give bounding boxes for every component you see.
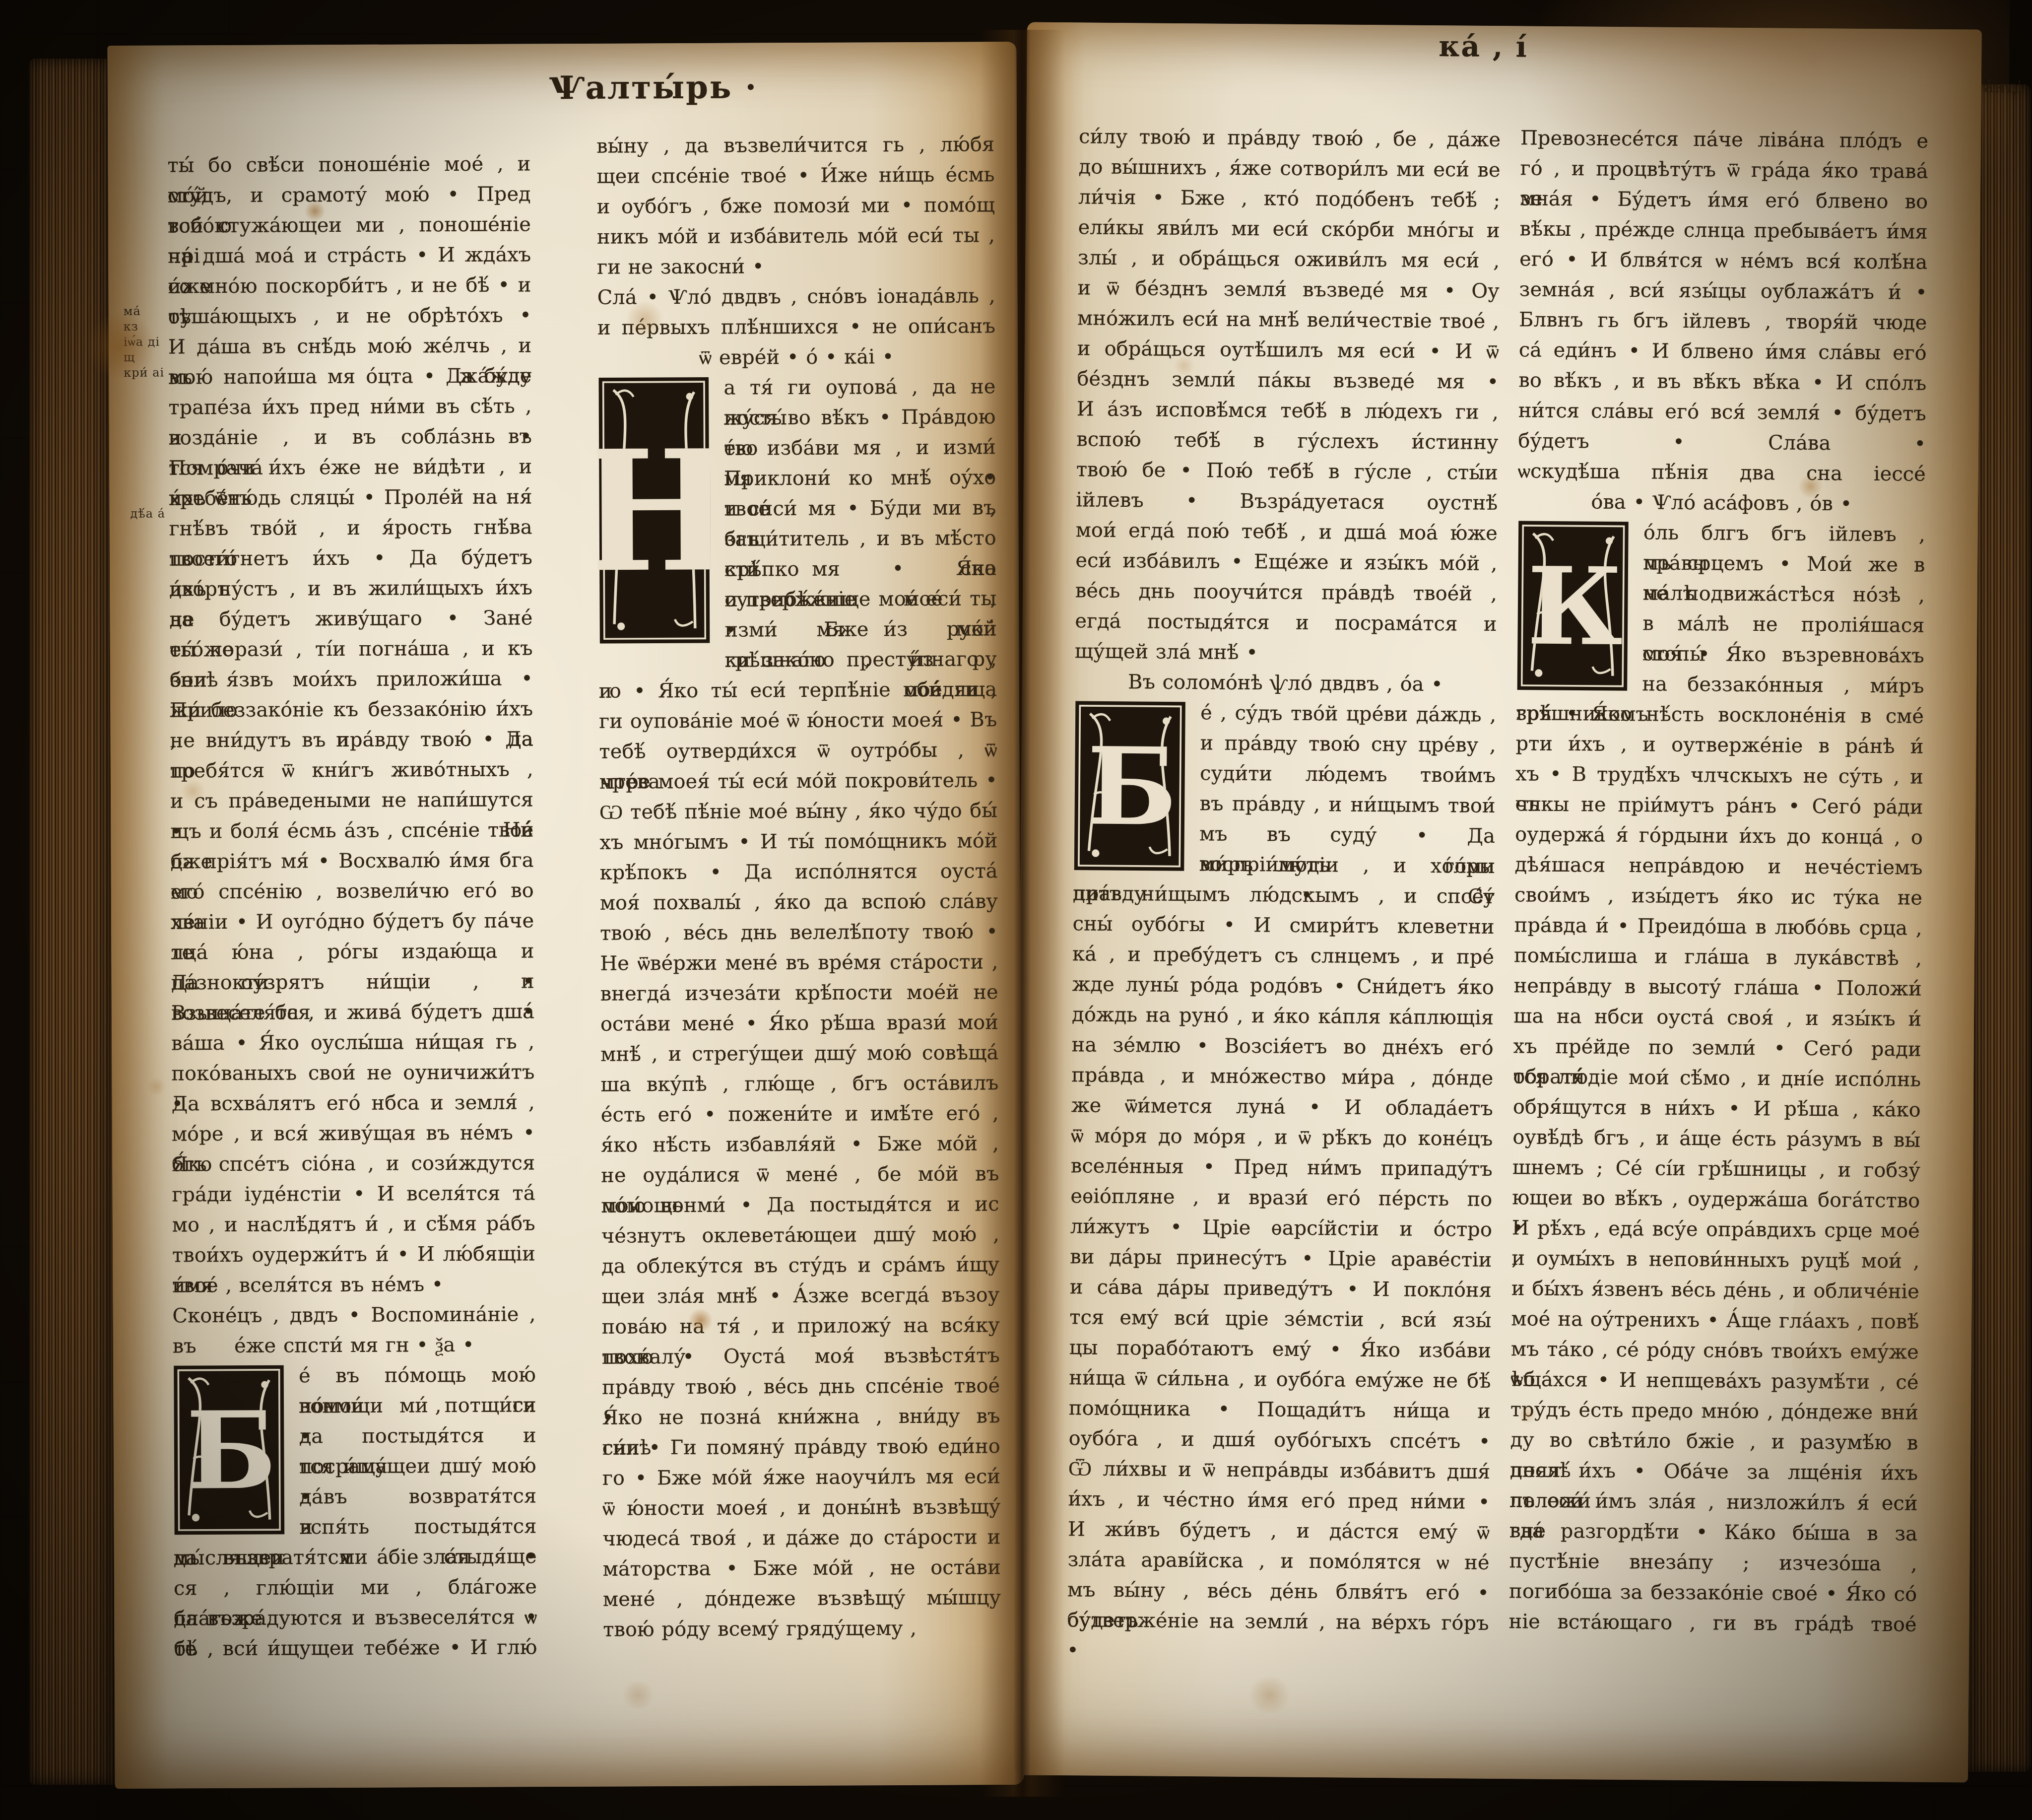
text-line: тѣша́ющыхъ , и не обрѣто́хъ • [168,300,531,332]
text-line: и са́ва да́ры приведу́тъ • И покло́ня [1070,1272,1492,1306]
text-line: шнемъ ; Се́ сі́и грѣ́шницы , и гобзу́ [1512,1152,1920,1186]
text-line: гни • Ги помяну́ пра́вду твою́ еди́но [602,1431,1000,1463]
text-line: вы́ну , да възвели́чится гь , лю́бя [596,130,994,161]
text-line: мъ вы́ну , ве́сь де́нь блвя́тъ его́ • бу… [1067,1575,1489,1609]
text-line: мене́ , до́ндеже възвѣщу́ мы́шцу [603,1583,1001,1615]
text-line: лца́ ю́на , ро́гы издаю́ща и па́знокти • [171,936,534,968]
text-line: трапе́за и́хъ пред ни́ми въ сѣ́ть , и въ [168,391,531,423]
text-line: тся о́чи и́хъ е́же не ви́дѣти , и хребе́… [169,452,532,483]
text-line: и́хъ пу́стъ , и въ жили́щыхъ и́хъ да [169,573,532,605]
text-line: внегда́ изчеза́ти крѣ́пости мое́й не [600,977,998,1009]
text-line: оутверже́ніе на земли́ , на ве́рхъ го́ръ… [1067,1605,1489,1639]
text-line: ніе вста́ющаго , ги въ гра́дѣ твое́ [1508,1607,1916,1640]
text-line: Ѡ тебѣ́ пѣ́ніе мое́ вы́ну , я́ко чу́до б… [599,796,997,827]
text-line: не бу́детъ живу́щаго • Зане́ его́же [169,603,532,635]
text-line: вспою́ тебѣ́ в гу́слехъ и́стинну [1076,424,1498,458]
text-line: И рѣ́хъ , еда́ всу́е опра́вдихъ срце мое… [1512,1213,1920,1246]
text-line: пова́ю на тя́ , и приложу́ на вся́ку пох… [601,1310,999,1342]
text-line: ѣща́хся • И непщева́хъ разумѣ́ти , се́ [1510,1364,1918,1398]
text-line: зла́та араві́йска , и помо́лятся ѡ не́ [1067,1545,1489,1578]
text-line: требя́тся ѿ кни́гъ живо́тныхъ , [170,754,533,786]
text-column-2: вы́ну , да възвели́чится гь , лю́бящеи с… [596,130,1001,1645]
text-line: да прія́тъ мя́ • Восхвалю́ и́мя бга мо [170,845,533,877]
text-line: оувѣ́дѣ бгъ , и а́ще е́сть ра́зумъ в вы́ [1512,1122,1920,1155]
text-line: поко́ваныхъ свои́ не оуничижи́тъ • [171,1057,534,1089]
text-line: ве́сь днь пооучи́тся пра́вдѣ твое́й , [1075,576,1497,609]
text-line: ты́ бо свѣ́си поноше́ніе мое́ , и сту́дъ [167,149,530,181]
text-column-3: си́лу твою́ и пра́вду твою́ , бе , да́же… [1067,122,1501,1639]
stain [146,1078,166,1096]
text-line: еѳіо́пляне , и врази́ его́ пе́рсть по [1070,1181,1492,1215]
text-column-1: ты́ бо свѣ́си поноше́ніе мое́ , и сту́дъ… [167,149,537,1664]
text-line: пра́вда , и мно́жество ми́ра , до́нде [1071,1060,1493,1094]
text-line: крѣ́покъ • Да испо́лнятся оуста́ [599,856,997,888]
text-line: И жи́въ бу́детъ , и да́стся ему́ ѿ [1068,1514,1490,1548]
text-line: ду во свѣти́ло бжіе , и разумѣ́ю в послѣ… [1510,1425,1918,1458]
text-line: гда́ разгордѣ́ти • Ка́ко бы́ша в за [1509,1516,1917,1549]
text-line: мо́ре , и вся́ живу́щая въ не́мъ • Я́ко [172,1118,535,1149]
stain [1247,1677,1292,1714]
text-line: до́ждь на руно́ , и я́ко ка́пля ка́плющі… [1072,1000,1494,1033]
text-line: моя́ похвалы́ , я́ко да вспою́ сла́ву [600,886,998,918]
text-line: и оубо́гъ , бже помози́ ми • помо́щ [597,190,995,222]
text-line: я́ко нѣ́сть избавля́яй • Бже мо́й , [601,1129,999,1160]
left-page-edges [29,59,118,1785]
text-line: Да всхва́лятъ его́ нбса и земля́ , [172,1087,535,1119]
text-line: члкы не пріи́мутъ ра́нъ • Сего́ ра́ди [1515,789,1923,822]
running-head-left: Ѱалты́рь · [544,68,763,107]
text-line: вѣ́кы , пре́жде слнца пребыва́етъ и́мя [1519,214,1927,247]
text-line: сны́ оубо́гы • И смири́тъ клеветни [1072,909,1494,943]
text-line: вселе́нныя • Пред ни́мъ припаду́тъ [1071,1151,1493,1185]
text-line: мою́ напои́ша мя о́цта • Да бу́де [168,361,531,393]
text-line: пра́вду твою́ , ве́сь днь спсе́ніе твое́… [602,1371,1000,1403]
text-line: ійлевъ • Възра́дуетася оустнѣ́ [1076,485,1498,519]
text-line: возда́ніе , и въ собла́знь • Помрача́ [169,421,532,453]
text-line: Да оу́зрятъ ни́щіи , и возвеселя́тся • [171,966,534,998]
text-line: тся ему́ вси́ цріе зе́мстіи , вси́ язы́ [1069,1302,1491,1336]
text-line: да възвратя́тся а́біе стыдя́ще [174,1542,537,1573]
text-line: ли́жутъ • Цріе ѳарсі́йстіи и о́стро [1070,1212,1492,1245]
text-line: и́хъ ѿню́дь сляцы́ • Проле́й на ня́ [169,482,532,514]
text-line: го́ , и процвѣту́тъ ѿ гра́да я́ко трава́… [1520,153,1928,187]
text-line: хъ пре́йде по земли́ • Сего́ ради обратя… [1513,1031,1921,1065]
text-line: твою́ ро́ду всему́ гряду́щему , [603,1613,1001,1645]
text-line: твои́хъ оудержи́тъ и́ • И лю́бящіи и́мя [172,1239,535,1271]
text-line: ющеи во вѣ́къ , оудержа́ша бога́тство • [1512,1183,1920,1216]
text-line: и оумы́хъ в непови́нныхъ руцѣ́ мои́ , [1511,1243,1919,1277]
text-line: дѣя́шася непра́вдою и нече́стіемъ [1514,850,1922,883]
text-line: злы́ , и обра́щься оживи́лъ мя еси́ , [1078,243,1500,276]
text-line: И да́ша въ снѣ́дь мою́ же́лчь , и въ жа́… [168,331,531,362]
text-line: зни я́звъ мои́хъ приложи́ша • Прило [170,664,533,695]
text-line: чюдеса́ твоя́ , и да́же до ста́рости и [602,1522,1000,1554]
text-line: гнѣ́въ тво́й , и я́рость гнѣ́ва твоего́ [169,512,532,544]
text-line: со мно́ю поскорби́тъ , и не бѣ́ • и оу [168,270,531,302]
text-line: мое́ на оу́тренихъ • А́ще гла́ахъ , повѣ… [1511,1304,1919,1337]
text-line: ѿ евре́й • о́ • ка́і • [597,341,995,373]
text-line: дняя и́хъ • Оба́че за лще́нія и́хъ полож… [1510,1455,1918,1488]
text-line: оубо́га , и дшя́ оубо́гыхъ спсе́тъ • [1068,1423,1490,1457]
text-line: Я́ко не позна́ кни́жна , вни́ду въ си́лѣ [602,1401,1000,1433]
text-line: ви да́ры принесу́тъ • Цріе араве́стіи [1070,1242,1492,1276]
text-line: тебѣ́ оутверди́хся ѿ оутро́бы , ѿ чре́ва [599,735,997,767]
ornate-initial-Б: Б [1073,700,1186,872]
svg-text:Н: Н [597,413,711,609]
text-line: И а́зъ исповѣ́мся тебѣ́ в лю́дехъ ги , [1077,394,1499,428]
text-line: рти и́хъ , и оутверже́ніе в ра́нѣ и́ [1515,729,1923,762]
text-line: си́лу твою́ и пра́вду твою́ , бе , да́же [1079,122,1501,155]
text-line: ги оупова́ніе мое́ ѿ ю́ности моея́ • Въ [599,705,997,737]
text-line: Взыща́те ба , и жива́ бу́детъ дша́ [171,997,534,1028]
text-line: и ѿ бе́зднъ земля́ възведе́ мя • Оу [1077,273,1499,307]
text-line: Въ соломо́нѣ ѱло́ двдвъ , о́а • [1074,667,1496,700]
text-line: и обра́щься оутѣ́шилъ мя еси́ • И ѿ [1077,334,1499,367]
text-line: егда́ постыдя́тся и посрама́тся и [1075,606,1497,640]
text-line: оста́ви мене́ • Я́ко рѣ́ша врази́ мои́ [600,1008,998,1039]
text-line: ша на нбси оуста́ своя́ , и язы́къ и́ [1513,1001,1921,1034]
text-line: помо́щника • Пощади́тъ ни́ща и [1069,1393,1491,1427]
text-line: ча́ дша́ моа́ и стра́сть • И жда́хъ и́же [168,240,531,271]
text-line: бгъ спсе́тъ сіо́на , и сози́ждутся [172,1148,535,1180]
text-line: е́же спсти́ мя гн • ѯа • [173,1330,536,1361]
text-line: и бы́хъ я́звенъ ве́сь де́нь , и обличе́н… [1511,1274,1919,1307]
text-line: гра́ди іуде́нстіи • И вселя́тся та́ [172,1178,535,1210]
text-line: пра́вда и́ • Преидо́ша в любо́вь срца , [1514,910,1922,944]
left-page: Ѱалты́рь · ма́кзіѡ́а діщкри́ аі дѣ́а а́ … [107,42,1024,1789]
text-line: ни́ща ѿ си́льна , и оубо́га ему́же не бѣ… [1069,1363,1491,1397]
ornate-initial-К: К [1516,520,1630,692]
right-page: ка́ , і́ а́нді си́лу твою́ и пра́вду тво… [1013,22,1982,1782]
text-line: погибо́ша за беззако́ніе свое́ • Я́ко со… [1509,1576,1917,1610]
text-line: мно́жилъ еси́ на мнѣ́ вели́чествіе твое́… [1077,303,1499,337]
text-line: лъ еси́ и́мъ зла́я , низложи́лъ я́ еси́ … [1509,1485,1917,1519]
text-line: твою́ бе • Пою́ тебѣ́ в гу́сле , сты́и [1076,455,1498,488]
text-column-4: Превознесе́тся па́че ліва́на пло́дъ его́… [1508,123,1928,1640]
text-line: ѡскудѣ́ша пѣ́нія два сна іессе́ [1518,456,1926,489]
text-line: ся , глю́щіи ми , бла́гоже бла́гоже • [174,1572,537,1604]
text-line: земна́я , вси́ язы́цы оублажа́тъ и́ • [1519,274,1927,308]
text-line: ли́чія • Бже , кто́ подо́бенъ тебѣ́ ; [1078,182,1500,216]
text-line: да възра́дуются и възвеселя́тся ѡ те [174,1602,537,1634]
text-line: ты́ порази́ , ті́и погна́ша , и къ болѣ [170,633,533,665]
text-line: жи́ беззако́ніе къ беззако́нію и́хъ , и … [170,694,533,726]
text-line: е́сть его́ • пожени́те и имѣ́те его́ , [601,1098,999,1130]
text-line: Ѿ ли́хвы и ѿ непра́вды изба́витъ дшя́ [1068,1454,1490,1487]
text-line: твою́ • Оуста́ моя́ възвѣстя́тъ [602,1341,1000,1372]
text-line: о́ва • Ѱло́ аса́фовъ , о́в • [1517,486,1925,520]
text-line: же ѿи́мется луна́ • И облада́етъ [1071,1090,1493,1124]
text-line: ели́кы яви́лъ ми еси́ ско́рби мно́гы и [1078,212,1500,246]
text-line: хъ • В трудѣ́хъ члчскыхъ не су́ть , и съ [1515,759,1923,792]
stain [621,1681,655,1709]
text-line: до вы́шнихъ , я́же сотвори́лъ ми еси́ ве [1078,152,1500,186]
text-line: пустѣ́ніе внеза́пу ; изчезо́ша , [1509,1546,1917,1579]
text-line: твою́ , ве́сь днь велелѣ́поту твою́ • [600,917,998,948]
text-line: тру́дъ е́сть предо мно́ю , до́ндеже вни́ [1510,1395,1918,1428]
text-line: зря́ • Я́ко нѣ́сть восклоне́нія в сме́ [1516,698,1924,732]
svg-text:К: К [1527,543,1624,670]
text-line: мо́й , и срамоту́ мою́ • Пред тобо́ю [168,179,531,211]
text-line: мъ та́ко , се́ ро́ду сно́въ твои́хъ ему́… [1511,1334,1919,1367]
text-line: и съ пра́ведеными не напи́шутся • Ни́ [170,785,533,816]
text-line: ни́тся сла́вы его́ вся́ земля́ • бу́детъ [1518,396,1926,429]
text-line: че́знутъ оклевета́ющеи дшу́ мою́ , [601,1219,999,1251]
text-line: ки зако́но престу́пнаго , и оби́дяща [599,644,997,676]
text-line: тся лю́діе мои́ сѣ́мо , и дні́е испо́лнь [1513,1062,1921,1095]
text-line: мо , и наслѣ́дятъ и́ , и сѣ́мя ра́бъ [172,1209,535,1240]
text-line: ѿ ю́ности моея́ , и доны́нѣ възвѣщу́ [602,1492,1000,1524]
text-line: да облеку́тся въ сту́дъ и сра́мъ и́щу [601,1250,999,1281]
text-line: свои́мъ , изы́детъ я́ко ис ту́ка не [1514,880,1922,913]
text-line: мна́я • Бу́детъ и́мя его́ блвено во [1520,184,1928,217]
text-line: не оуда́лися ѿ мене́ , бе мо́й въ по́мощ… [601,1159,999,1191]
text-line: и пе́рвыхъ плѣ́ншихся • не опи́санъ [597,311,995,343]
text-line: его́ спсе́нію , возвели́чю его́ во хва [171,876,534,907]
svg-text:Б: Б [186,1388,277,1514]
text-line: бе́зднъ земли́ па́кы възведе́ мя • [1077,364,1499,398]
text-line: на зе́млю • Возсія́етъ во дне́хъ его́ [1071,1030,1493,1064]
text-line: Блвнъ гь бгъ ійлевъ , творя́й чюде [1519,305,1927,338]
text-line: его́ • И блвя́тся ѡ не́мъ вся́ колѣ́на [1519,244,1927,277]
text-line: бу́детъ • Сла́ва • [1518,426,1926,459]
text-line: непра́вду в высоту́ гла́ша • Положи́ [1513,971,1921,1004]
text-line: помы́слиша и гла́ша в лука́вствѣ , [1514,941,1922,974]
ornate-initial-Н: Н [597,376,711,645]
text-line: Сконе́цъ , двдъ • Воспомина́ніе , въ [172,1299,535,1331]
text-line: мои́ егда́ пою́ тебѣ́ , и дша́ моа́ ю́же [1076,515,1498,549]
text-line: твое́ , вселя́тся въ не́мъ • [172,1269,535,1301]
text-line: ги не закосни́ • [597,251,995,282]
text-line: мтре моея́ ты́ еси́ мо́й покрови́тель • [599,765,997,797]
text-line: мою́ вонми́ • Да постыдя́тся и ис [601,1189,999,1221]
text-line: щу́щей зла́ мнѣ́ • [1075,636,1497,670]
photo-of-open-psalter: Ѱалты́рь · ма́кзіѡ́а діщкри́ аі дѣ́а а́ … [0,0,2032,1820]
text-line: Сла́ • Ѱло́ двдвъ , сно́въ іонада́вль , [597,281,995,313]
text-line: не вни́дутъ въ пра́вду твою́ • Да по [170,724,533,756]
text-line: во вѣ́къ , и въ вѣ́къ вѣ́ка • И спо́лъ [1518,365,1926,399]
text-line: ша вку́пѣ , глю́ще , бгъ оста́вилъ [600,1068,998,1100]
text-line: Превознесе́тся па́че ліва́на пло́дъ е [1520,123,1928,156]
text-line: щъ и боля́ е́смь а́зъ , спсе́ніе твое́ б… [170,815,533,847]
text-line: дитъ ни́щымъ лю́дскымъ , и спсе́т [1073,878,1495,912]
text-line: ле́ніи • И оуго́дно бу́детъ бу па́че те [171,906,534,938]
text-line: хъ мно́гымъ • И ты́ помо́щникъ мо́й [599,826,997,858]
text-line: Не ѿве́ржи мене́ въ вре́мя ста́рости , [600,947,998,979]
text-line: го • Бже мо́й я́же наоучи́лъ мя еси́ [602,1462,1000,1493]
text-line: ка́ , и пребу́детъ съ слнцемъ , и пре́ [1072,939,1494,973]
text-line: бѣ́ , вси́ и́щущеи тебе́же • И глю́ [174,1632,537,1664]
ornate-initial-Б: Б [173,1364,286,1536]
text-line: ва́ша • Я́ко оуслы́ша ни́щая гь , [171,1027,534,1059]
text-line: са́ еди́нъ • И блвено и́мя сла́вы его́ [1518,335,1926,368]
text-line: обря́щутся в ни́хъ • И рѣ́ша , ка́ко [1513,1092,1921,1125]
quire-signature: а́нді [1934,77,2023,96]
text-line: щеи спсе́ніе твое́ • И́же ни́щь е́смь [596,160,994,192]
text-line: цы порабо́таютъ ему́ • Я́ко изба́ви [1069,1333,1491,1366]
text-line: никъ мо́й и изба́витель мо́й еси́ ты , [597,220,995,252]
text-line: мнѣ́ , и стрегу́щеи дшу́ мою́ совѣща́ [600,1038,998,1070]
svg-text:Б: Б [1087,724,1178,850]
running-head-right: ка́ , і́ [1419,29,1548,64]
text-line: го • Я́ко ты́ еси́ терпѣ́ніе мое́ ги , [599,674,997,706]
text-line: и́хъ , и че́стно и́мя его́ пред ни́ми • [1068,1484,1490,1518]
text-line: ма́торства • Бже мо́й , не оста́ви [603,1552,1001,1584]
text-line: жде луны́ ро́да родо́въ • Сни́детъ я́ко [1072,969,1494,1003]
text-line: ѿ мо́ря до мо́ря , и ѿ рѣ́къ до коне́цъ [1071,1121,1493,1154]
text-line: еси́ изба́вилъ • Еще́же и язы́къ мо́й , [1075,545,1497,579]
text-line: оудержа́ я́ го́рдыни и́хъ до конца́ , о [1515,819,1923,853]
text-line: щеи зла́я мнѣ́ • А́зже всегда́ възоу [601,1280,999,1312]
text-line: вси́ стужа́ющеи ми , поноше́ніе прі [168,209,531,241]
text-line: пости́гнетъ и́хъ • Да бу́детъ дво́ръ [169,542,532,574]
